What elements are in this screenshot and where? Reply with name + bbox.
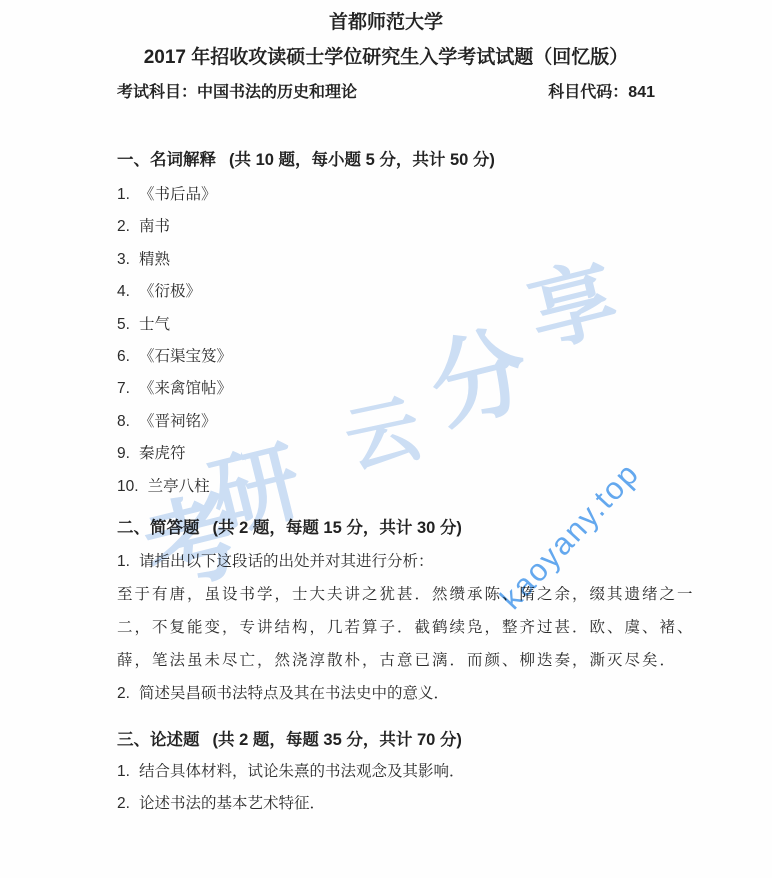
item-text: 结合具体材料，试论朱熹的书法观念及其影响． — [139, 763, 465, 780]
item-number: 2. — [117, 211, 130, 243]
item-text: 《书后品》 — [139, 186, 217, 203]
section-2-heading: 二、简答题(共 2 题，每题 15 分，共计 30 分) — [117, 516, 772, 540]
exam-title: 2017 年招收攻读硕士学位研究生入学考试试题（回忆版） — [0, 43, 772, 73]
item-number: 9. — [117, 438, 130, 470]
item-number: 2. — [117, 677, 130, 710]
term-item: 2.南书 — [117, 211, 772, 243]
term-item: 1.《书后品》 — [117, 179, 772, 211]
item-text: 士气 — [139, 316, 170, 333]
term-item: 4.《衍极》 — [117, 276, 772, 308]
term-item: 7.《来禽馆帖》 — [117, 373, 772, 405]
item-number: 10. — [117, 471, 139, 503]
item-text: 《来禽馆帖》 — [139, 380, 232, 397]
document-content: 首都师范大学 2017 年招收攻读硕士学位研究生入学考试试题（回忆版） 考试科目… — [0, 8, 772, 820]
university-title: 首都师范大学 — [0, 8, 772, 38]
item-text: 《石渠宝笈》 — [139, 348, 232, 365]
question-item: 1.结合具体材料，试论朱熹的书法观念及其影响． — [117, 756, 772, 788]
term-item: 8.《晋祠铭》 — [117, 406, 772, 438]
term-item: 10.兰亭八柱 — [117, 471, 772, 503]
section-1-items: 1.《书后品》 2.南书 3.精熟 4.《衍极》 5.士气 6.《石渠宝笈》 7… — [0, 179, 772, 503]
quote-line: 二，不复能变，专讲结构，几若算子．截鹤续凫，整齐过甚．欧、虞、褚、 — [117, 611, 772, 644]
term-item: 5.士气 — [117, 309, 772, 341]
section-2-note: (共 2 题，每题 15 分，共计 30 分) — [213, 519, 462, 537]
section-3-title: 三、论述题 — [117, 731, 200, 749]
item-number: 2. — [117, 788, 130, 820]
section-3-items: 1.结合具体材料，试论朱熹的书法观念及其影响． 2.论述书法的基本艺术特征． — [0, 756, 772, 820]
item-number: 1. — [117, 756, 130, 788]
item-text: 论述书法的基本艺术特征． — [139, 795, 325, 812]
item-text: 简述吴昌硕书法特点及其在书法史中的意义． — [139, 685, 449, 702]
item-number: 4. — [117, 276, 130, 308]
quote-line: 薛，笔法虽未尽亡，然浇淳散朴，古意已漓．而颜、柳迭奏，澌灭尽矣． — [117, 644, 772, 677]
question-item: 2.论述书法的基本艺术特征． — [117, 788, 772, 820]
item-text: 精熟 — [139, 251, 170, 268]
term-item: 9.秦虎符 — [117, 438, 772, 470]
section-3-note: (共 2 题，每题 35 分，共计 70 分) — [213, 731, 462, 749]
item-text: 请指出以下这段话的出处并对其进行分析： — [139, 553, 434, 570]
quote-line: 至于有唐，虽设书学，士大夫讲之犹甚．然缵承陈、隋之余，缀其遗绪之一 — [117, 578, 772, 611]
question-item: 1.请指出以下这段话的出处并对其进行分析： — [117, 546, 772, 578]
item-number: 7. — [117, 373, 130, 405]
question-item: 2.简述吴昌硕书法特点及其在书法史中的意义． — [117, 677, 772, 710]
item-number: 5. — [117, 309, 130, 341]
item-text: 《衍极》 — [139, 283, 201, 300]
item-number: 1. — [117, 546, 130, 578]
section-1-title: 一、名词解释 — [117, 151, 216, 169]
term-item: 3.精熟 — [117, 244, 772, 276]
section-1-note: (共 10 题，每小题 5 分，共计 50 分) — [229, 151, 495, 169]
item-number: 3. — [117, 244, 130, 276]
exam-paper-page: 首都师范大学 2017 年招收攻读硕士学位研究生入学考试试题（回忆版） 考试科目… — [0, 0, 772, 878]
subject-label: 考试科目：中国书法的历史和理论 — [117, 81, 357, 105]
item-text: 兰亭八柱 — [148, 478, 210, 495]
section-2-title: 二、简答题 — [117, 519, 200, 537]
subject-row: 考试科目：中国书法的历史和理论 科目代码：841 — [117, 81, 655, 105]
item-number: 8. — [117, 406, 130, 438]
item-text: 南书 — [139, 218, 170, 235]
item-number: 6. — [117, 341, 130, 373]
item-text: 《晋祠铭》 — [139, 413, 217, 430]
item-text: 秦虎符 — [139, 445, 186, 462]
section-3-heading: 三、论述题(共 2 题，每题 35 分，共计 70 分) — [117, 728, 772, 752]
section-1-heading: 一、名词解释(共 10 题，每小题 5 分，共计 50 分) — [117, 148, 772, 172]
subject-code: 科目代码：841 — [548, 81, 655, 105]
term-item: 6.《石渠宝笈》 — [117, 341, 772, 373]
item-number: 1. — [117, 179, 130, 211]
